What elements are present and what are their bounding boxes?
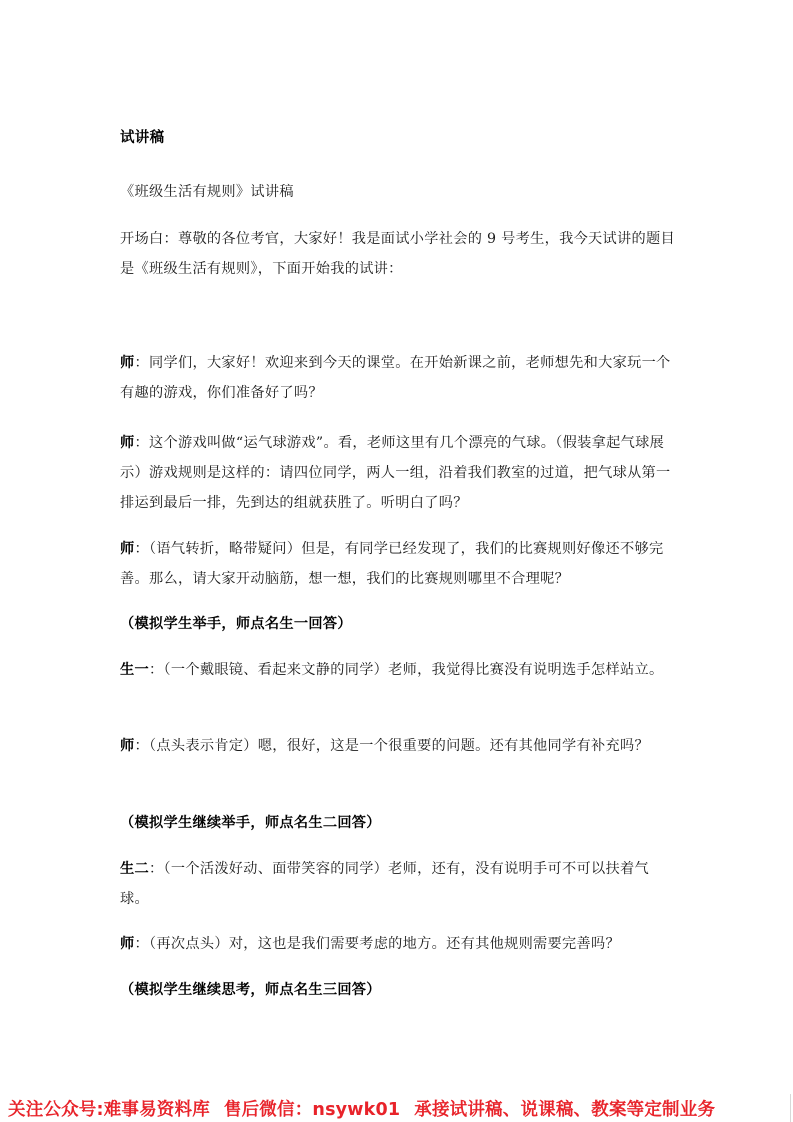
dialogue-line: 师：（语气转折，略带疑问）但是，有同学已经发现了，我们的比赛规则好像还不够完善。… (120, 534, 676, 594)
document-subtitle: 《班级生活有规则》试讲稿 (120, 177, 676, 207)
dialogue-text: ：（一个活泼好动、面带笑容的同学）老师，还有，没有说明手可不可以扶着气球。 (120, 861, 649, 907)
stage-direction: （模拟学生继续举手，师点名生二回答） (120, 808, 676, 838)
dialogue-text: ：（再次点头）对，这也是我们需要考虑的地方。还有其他规则需要完善吗？ (135, 936, 620, 952)
dialogue-line: 师：（点头表示肯定）嗯，很好，这是一个很重要的问题。还有其他同学有补充吗？ (120, 731, 676, 761)
dialogue-text: ：（一个戴眼镜、看起来文静的同学）老师，我觉得比赛没有说明选手怎样站立。 (149, 662, 663, 678)
dialogue-line: 师：这个游戏叫做“运气球游戏”。看，老师这里有几个漂亮的气球。（假装拿起气球展示… (120, 428, 676, 518)
dialogue-line: 师：同学们，大家好！欢迎来到今天的课堂。在开始新课之前，老师想先和大家玩一个有趣… (120, 348, 676, 408)
speaker-label: 师 (120, 738, 135, 754)
dialogue-line: 生二：（一个活泼好动、面带笑容的同学）老师，还有，没有说明手可不可以扶着气球。 (120, 854, 676, 914)
footer-banner: 关注公众号:难事易资料库 售后微信：nsywk01 承接试讲稿、说课稿、教案等定… (0, 1094, 793, 1122)
speaker-label: 师 (120, 936, 135, 952)
document-heading: 试讲稿 (120, 123, 676, 153)
opening-paragraph: 开场白：尊敬的各位考官，大家好！我是面试小学社会的 9 号考生，我今天试讲的题目… (120, 224, 676, 284)
dialogue-line: 生一：（一个戴眼镜、看起来文静的同学）老师，我觉得比赛没有说明选手怎样站立。 (120, 655, 676, 685)
footer-service-note: 承接试讲稿、说课稿、教案等定制业务 (414, 1096, 715, 1121)
dialogue-text: ：同学们，大家好！欢迎来到今天的课堂。在开始新课之前，老师想先和大家玩一个有趣的… (120, 355, 671, 401)
footer-wechat-account: 关注公众号:难事易资料库 (0, 1096, 210, 1121)
speaker-label: 师 (120, 541, 135, 557)
page-edge-divider (790, 1094, 791, 1122)
footer-after-sales-contact: 售后微信：nsywk01 (224, 1096, 400, 1121)
dialogue-text: ：（点头表示肯定）嗯，很好，这是一个很重要的问题。还有其他同学有补充吗？ (135, 738, 649, 754)
speaker-label: 生二 (120, 861, 149, 877)
document-page: 试讲稿 《班级生活有规则》试讲稿 开场白：尊敬的各位考官，大家好！我是面试小学社… (0, 0, 793, 1122)
dialogue-line: 师：（再次点头）对，这也是我们需要考虑的地方。还有其他规则需要完善吗？ (120, 929, 676, 959)
stage-direction: （模拟学生继续思考，师点名生三回答） (120, 975, 676, 1005)
speaker-label: 师 (120, 435, 135, 451)
dialogue-text: ：（语气转折，略带疑问）但是，有同学已经发现了，我们的比赛规则好像还不够完善。那… (120, 541, 663, 587)
speaker-label: 生一 (120, 662, 149, 678)
dialogue-text: ：这个游戏叫做“运气球游戏”。看，老师这里有几个漂亮的气球。（假装拿起气球展示）… (120, 435, 671, 511)
stage-direction: （模拟学生举手，师点名生一回答） (120, 609, 676, 639)
speaker-label: 师 (120, 355, 135, 371)
